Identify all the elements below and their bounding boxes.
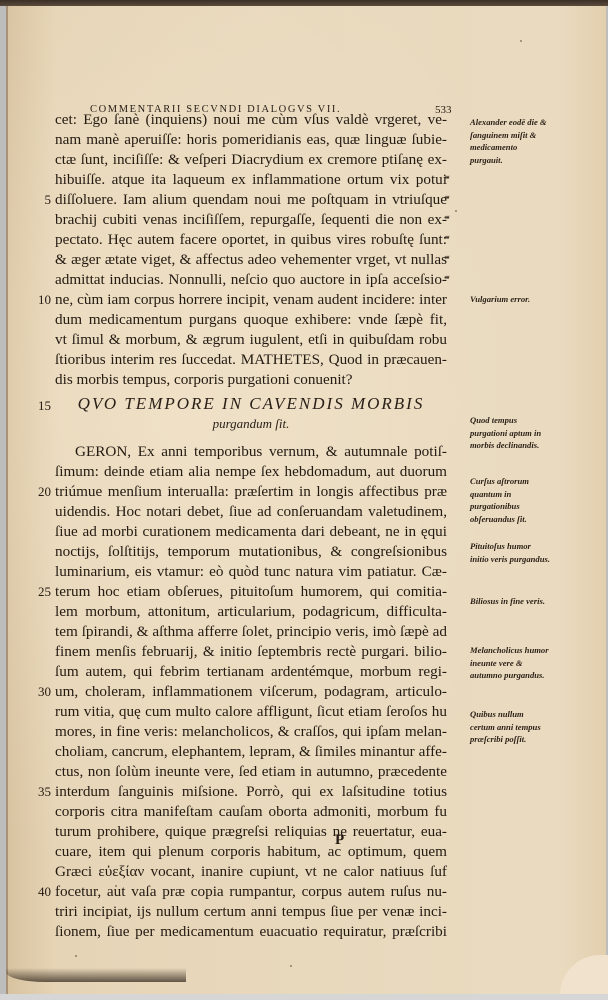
line-number: 40 xyxy=(33,882,51,902)
line-number: 20 xyxy=(33,482,51,502)
margin-note: Alexander eodē die & ſanguinem miſit & m… xyxy=(470,116,550,166)
line-text: triri incipiat, ijs nullum certum anni t… xyxy=(55,902,447,922)
line-text: ctus, non ſolùm ineunte vere, ſed etiam … xyxy=(55,762,447,782)
line-text: admittat inducias. Nonnulli, neſcio quo … xyxy=(55,270,447,290)
line-number: 25 xyxy=(33,582,51,602)
line-text: pectato. Hęc autem facere oportet, in qu… xyxy=(55,230,447,250)
scan-bottom-edge xyxy=(0,994,608,1000)
line-text: brachij cubiti venas inciſiſſem, repurga… xyxy=(55,210,447,230)
line-text: interdum ſanguinis miſsione. Porrò, qui … xyxy=(55,782,447,802)
line-text: corporis citra manifeſtam cauſam oborta … xyxy=(55,802,447,822)
line-text: ſionem, ſiue per medicamentum euacuatio … xyxy=(55,922,447,942)
paper-speck xyxy=(455,210,457,212)
line-text: rum vitia, quę cum multo calore affligun… xyxy=(55,702,447,722)
page-curl-shadow xyxy=(6,968,186,982)
line-text: ne, cùm iam corpus horrere incipit, vena… xyxy=(55,290,447,310)
margin-note: Quibus nullum certum anni tempus præſcri… xyxy=(470,708,550,746)
paper-speck xyxy=(520,40,522,42)
quote-mark: “ xyxy=(444,190,449,210)
section-subheading: purgandum ſit. xyxy=(55,416,447,432)
line-text: hibuiſſe. atque ita laqueum ex inflammat… xyxy=(55,170,447,190)
line-text: turum prohibere, quique prægreſsi reliqu… xyxy=(55,822,447,842)
line-text: focetur, aut vaſa præ copia rumpantur, c… xyxy=(55,882,447,902)
margin-note: Vulgarium error. xyxy=(470,293,550,306)
line-text: noctijs, ſolſtitijs, temporum mutationib… xyxy=(55,542,447,562)
margin-note: Melancholicus humor ineunte vere & autum… xyxy=(470,644,550,682)
line-text: ſum autem, qui febrim tertianam ardentém… xyxy=(55,662,447,682)
line-text: triúmue menſium interualla: præſertim in… xyxy=(55,482,447,502)
line-text: uidendis. Hoc notari debet, ſiue ad conſ… xyxy=(55,502,447,522)
line-text: terum hoc etiam obſerues, pituitoſum hum… xyxy=(55,582,447,602)
line-text: nam manè aperuiſſe: horis pomeridianis e… xyxy=(55,130,447,150)
margin-note: Pituitoſus humor initio veris purgandus. xyxy=(470,540,550,565)
line-number: 5 xyxy=(33,190,51,210)
line-text: & æger ætate viget, & affectus adeo vehe… xyxy=(55,250,447,270)
signature-mark: P xyxy=(335,832,344,849)
line-text: tem ſpirandi, & aſthma afferre ſolet, pr… xyxy=(55,622,447,642)
line-text: choliam, cancrum, elephantem, lepram, & … xyxy=(55,742,447,762)
margin-note: Quod tempus purgationi aptum in morbis d… xyxy=(470,414,550,452)
line-number: 30 xyxy=(33,682,51,702)
line-text: ſimum: deinde etiam alia nempe ſex hebdo… xyxy=(55,462,447,482)
quote-mark: “ xyxy=(444,250,449,270)
page-top-edge xyxy=(0,0,608,6)
quote-mark: “ xyxy=(444,270,449,290)
line-text: Græci εὐεξίαν vocant, inanire cupiunt, v… xyxy=(55,862,447,882)
line-number: 35 xyxy=(33,782,51,802)
paper-speck xyxy=(290,965,292,967)
line-text: diſſoluere. Iam alium quendam noui me po… xyxy=(55,190,447,210)
line-text: finem menſis februarij, & initio ſeptemb… xyxy=(55,642,447,662)
line-text: ſiue ad morbi curationem medicamenta dar… xyxy=(55,522,447,542)
line-text: dum medicamentum purgans quoque exhibere… xyxy=(55,310,447,330)
quote-mark: “ xyxy=(444,170,449,190)
margin-note: Biliosus in fine veris. xyxy=(470,595,550,608)
line-number: 15 xyxy=(33,396,51,416)
paper-speck xyxy=(115,885,117,887)
line-text: cet: Ego ſanè (inquiens) noui me cùm vſu… xyxy=(55,110,447,130)
line-text: ctæ ſunt, inciſiſſe: & veſperi Diacrydiu… xyxy=(55,150,447,170)
line-number: 10 xyxy=(33,290,51,310)
line-text: vt ſimul & morbum, & ægrum iugulent, etſ… xyxy=(55,330,447,350)
margin-note: Curſus aſtrorum quantum in purgationibus… xyxy=(470,475,550,525)
quote-mark: “ xyxy=(444,210,449,230)
line-text: um, choleram, inflammationem viſcerum, p… xyxy=(55,682,447,702)
line-text: cuare, item qui plenum corporis habitum,… xyxy=(55,842,447,862)
line-text: ſtioribus interim res ſuccedat. MATHETES… xyxy=(55,350,447,370)
line-text: GERON, Ex anni temporibus vernum, & autu… xyxy=(75,442,447,462)
quote-mark: “ xyxy=(444,230,449,250)
line-text: dis morbis tempus, corporis purgationi c… xyxy=(55,370,447,390)
line-text: mores, in fine veris: melancholicos, & c… xyxy=(55,722,447,742)
line-text: lem morbum, attonitum, articularium, pod… xyxy=(55,602,447,622)
line-text: luminarium, eis vtamur: eò quòd tunc nat… xyxy=(55,562,447,582)
section-heading: QVO TEMPORE IN CAVENDIS MORBIS xyxy=(55,394,447,414)
paper-speck xyxy=(75,955,77,957)
